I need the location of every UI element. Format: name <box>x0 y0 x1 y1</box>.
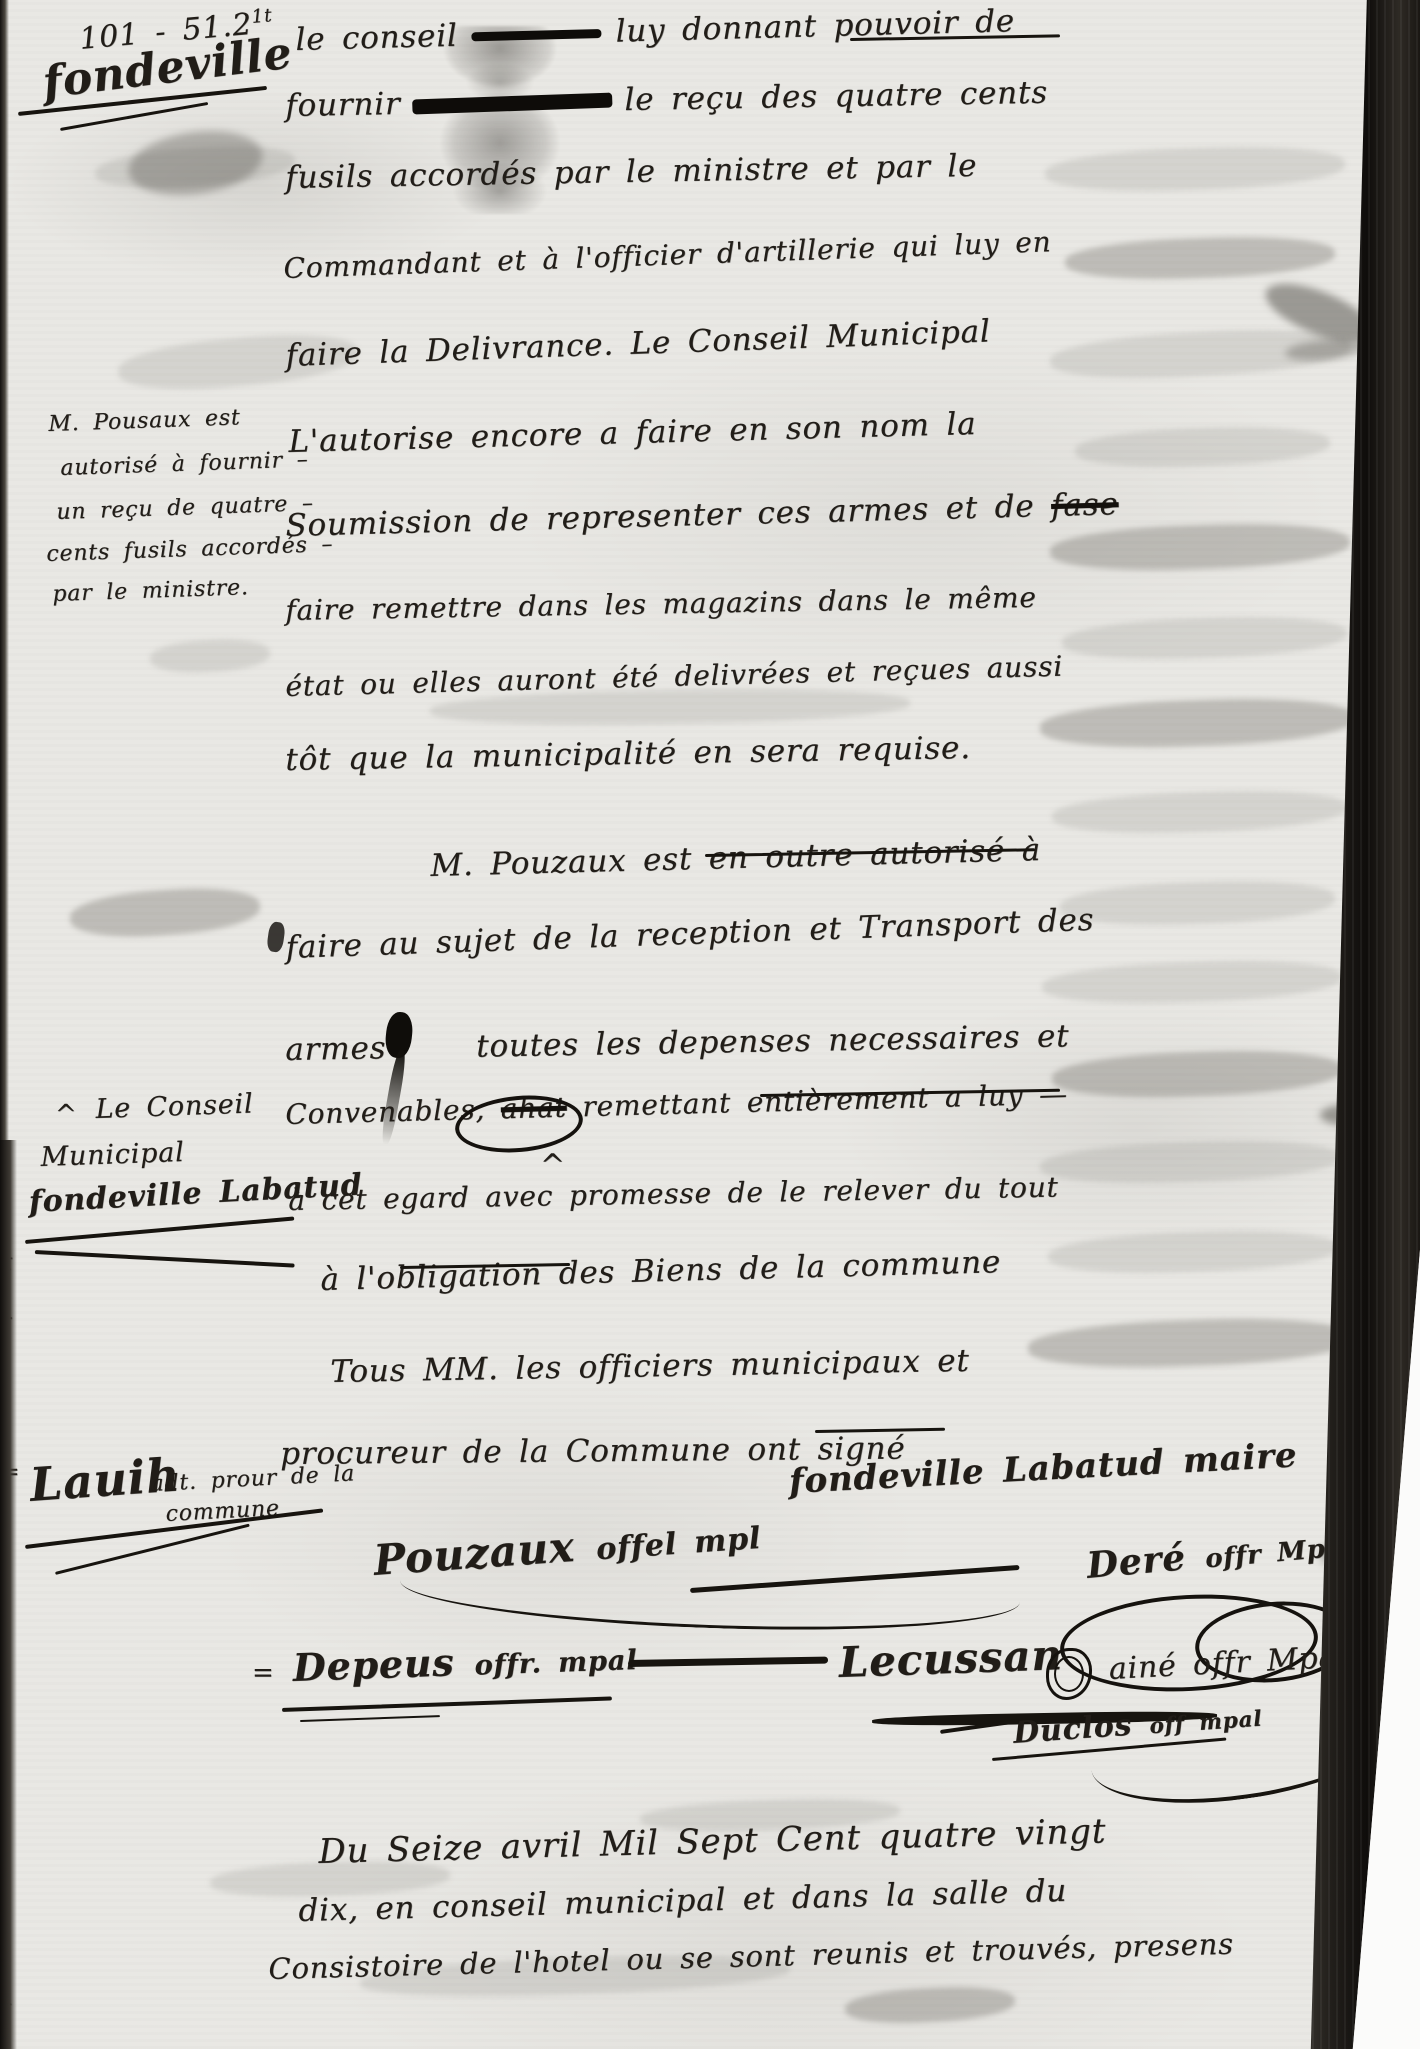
body-line-4: Commandant et à l'officier d'artillerie … <box>283 225 1052 285</box>
body-text: fournir <box>285 86 401 124</box>
redacted-word-bar <box>412 93 612 115</box>
body-text: luy donnant pouvoir de <box>615 3 1015 49</box>
margin-note-line: Le Conseil <box>95 1088 254 1124</box>
body-line-1: le conseilluy donnant pouvoir de <box>295 3 1015 58</box>
body-line-14: Convenables, ahat remettant entièrement … <box>285 1078 1068 1131</box>
body-line-3: fusils accordés par le ministre et par l… <box>285 148 978 196</box>
margin-note-line: autorisé à fournir – <box>60 447 309 481</box>
bleed-through-mark <box>1059 877 1335 929</box>
signature-title: off mpal <box>1149 1707 1264 1740</box>
underline-flourish <box>25 1216 294 1244</box>
ink-blot <box>266 921 286 953</box>
body-text: Soumission de representer ces armes et d… <box>285 488 1035 544</box>
bleed-through-mark <box>1074 424 1330 471</box>
body-line-5: faire la Delivrance. Le Conseil Municipa… <box>285 313 991 374</box>
signature-procureur-title: adt. prour de la <box>150 1461 356 1497</box>
underline-flourish <box>35 1250 295 1268</box>
bleed-through-mark <box>1047 1227 1338 1277</box>
paraph-knot <box>1046 1648 1092 1700</box>
insertion-caret: ^ <box>55 1100 78 1130</box>
margin-note-line: Municipal <box>40 1137 185 1173</box>
body-line-16: à l'obligation des Biens de la commune <box>320 1244 1002 1298</box>
body-line-6: L'autorise encore a faire en son nom la <box>288 406 977 460</box>
redacted-word-bar <box>472 29 602 41</box>
bleed-through-mark <box>1039 695 1355 752</box>
folio-superscript: 1t <box>251 5 274 28</box>
body-line-17: Tous MM. les officiers municipaux et <box>330 1343 970 1390</box>
bleed-through-mark <box>844 1984 1016 2027</box>
bleed-through-mark <box>1039 1137 1340 1187</box>
left-page-edge-lower <box>0 1140 17 2049</box>
equals-mark: = <box>252 1658 275 1688</box>
bleed-through-mark <box>1027 1314 1353 1371</box>
bleed-through-mark <box>149 637 271 675</box>
body-line-2: fournirle reçu des quatre cents <box>285 75 1048 124</box>
manuscript-page: 101 - 51.21t fondeville M. Pousaux est a… <box>0 0 1420 2049</box>
body-line-10: tôt que la municipalité en sera requise. <box>285 730 971 778</box>
bleed-through-mark <box>1061 613 1347 663</box>
dash-stroke <box>628 1657 828 1667</box>
margin-note-line: par le ministre. <box>52 575 249 607</box>
bleed-through-mark <box>1051 1047 1342 1101</box>
signature-depeus: Depeus offr. mpal <box>292 1633 638 1690</box>
body-line-11: M. Pouzaux est en outre autorisé à <box>430 832 1041 884</box>
margin-note-line: un reçu de quatre – <box>56 491 314 525</box>
body-text: remettant entièrement a luy — <box>582 1078 1068 1124</box>
body-text: le reçu des quatre cents <box>624 75 1048 118</box>
signature-name: Depeus <box>292 1639 455 1690</box>
bleed-through-mark <box>1041 957 1342 1007</box>
ink-smudge <box>124 123 266 203</box>
signature-name: Deré <box>1085 1536 1187 1586</box>
body-line-15: à cet egard avec promesse de le relever … <box>288 1171 1059 1217</box>
bleed-through-mark <box>1044 143 1345 195</box>
bleed-through-mark <box>1064 233 1335 282</box>
body-line-12: faire au sujet de la reception et Transp… <box>285 902 1095 966</box>
signature-title: offr Mpl <box>1204 1533 1337 1574</box>
body-line-8: faire remettre dans les magazins dans le… <box>285 581 1037 627</box>
bleed-through-mark <box>1051 787 1347 837</box>
bleed-through-mark <box>69 883 262 941</box>
paraph-knot-inner <box>1054 1656 1084 1692</box>
struck-word: fase <box>1051 486 1119 524</box>
body-text: toutes les depenses necessaires et <box>476 1018 1070 1064</box>
bleed-through-mark <box>1049 520 1350 574</box>
signature-title: offr. mpal <box>474 1644 638 1682</box>
body-text: le conseil <box>295 18 458 58</box>
insertion-caret: ^ <box>540 1148 566 1183</box>
body-line-7: Soumission de representer ces armes et d… <box>285 486 1119 544</box>
underline-flourish <box>282 1696 612 1712</box>
signature-dere: Deré offr Mpl <box>1085 1523 1338 1587</box>
margin-note-line: M. Pousaux est <box>48 405 241 437</box>
signature-lecussan: Lecussan <box>838 1630 1063 1687</box>
underline-flourish <box>300 1715 440 1722</box>
body-text: armes <box>285 1030 387 1068</box>
